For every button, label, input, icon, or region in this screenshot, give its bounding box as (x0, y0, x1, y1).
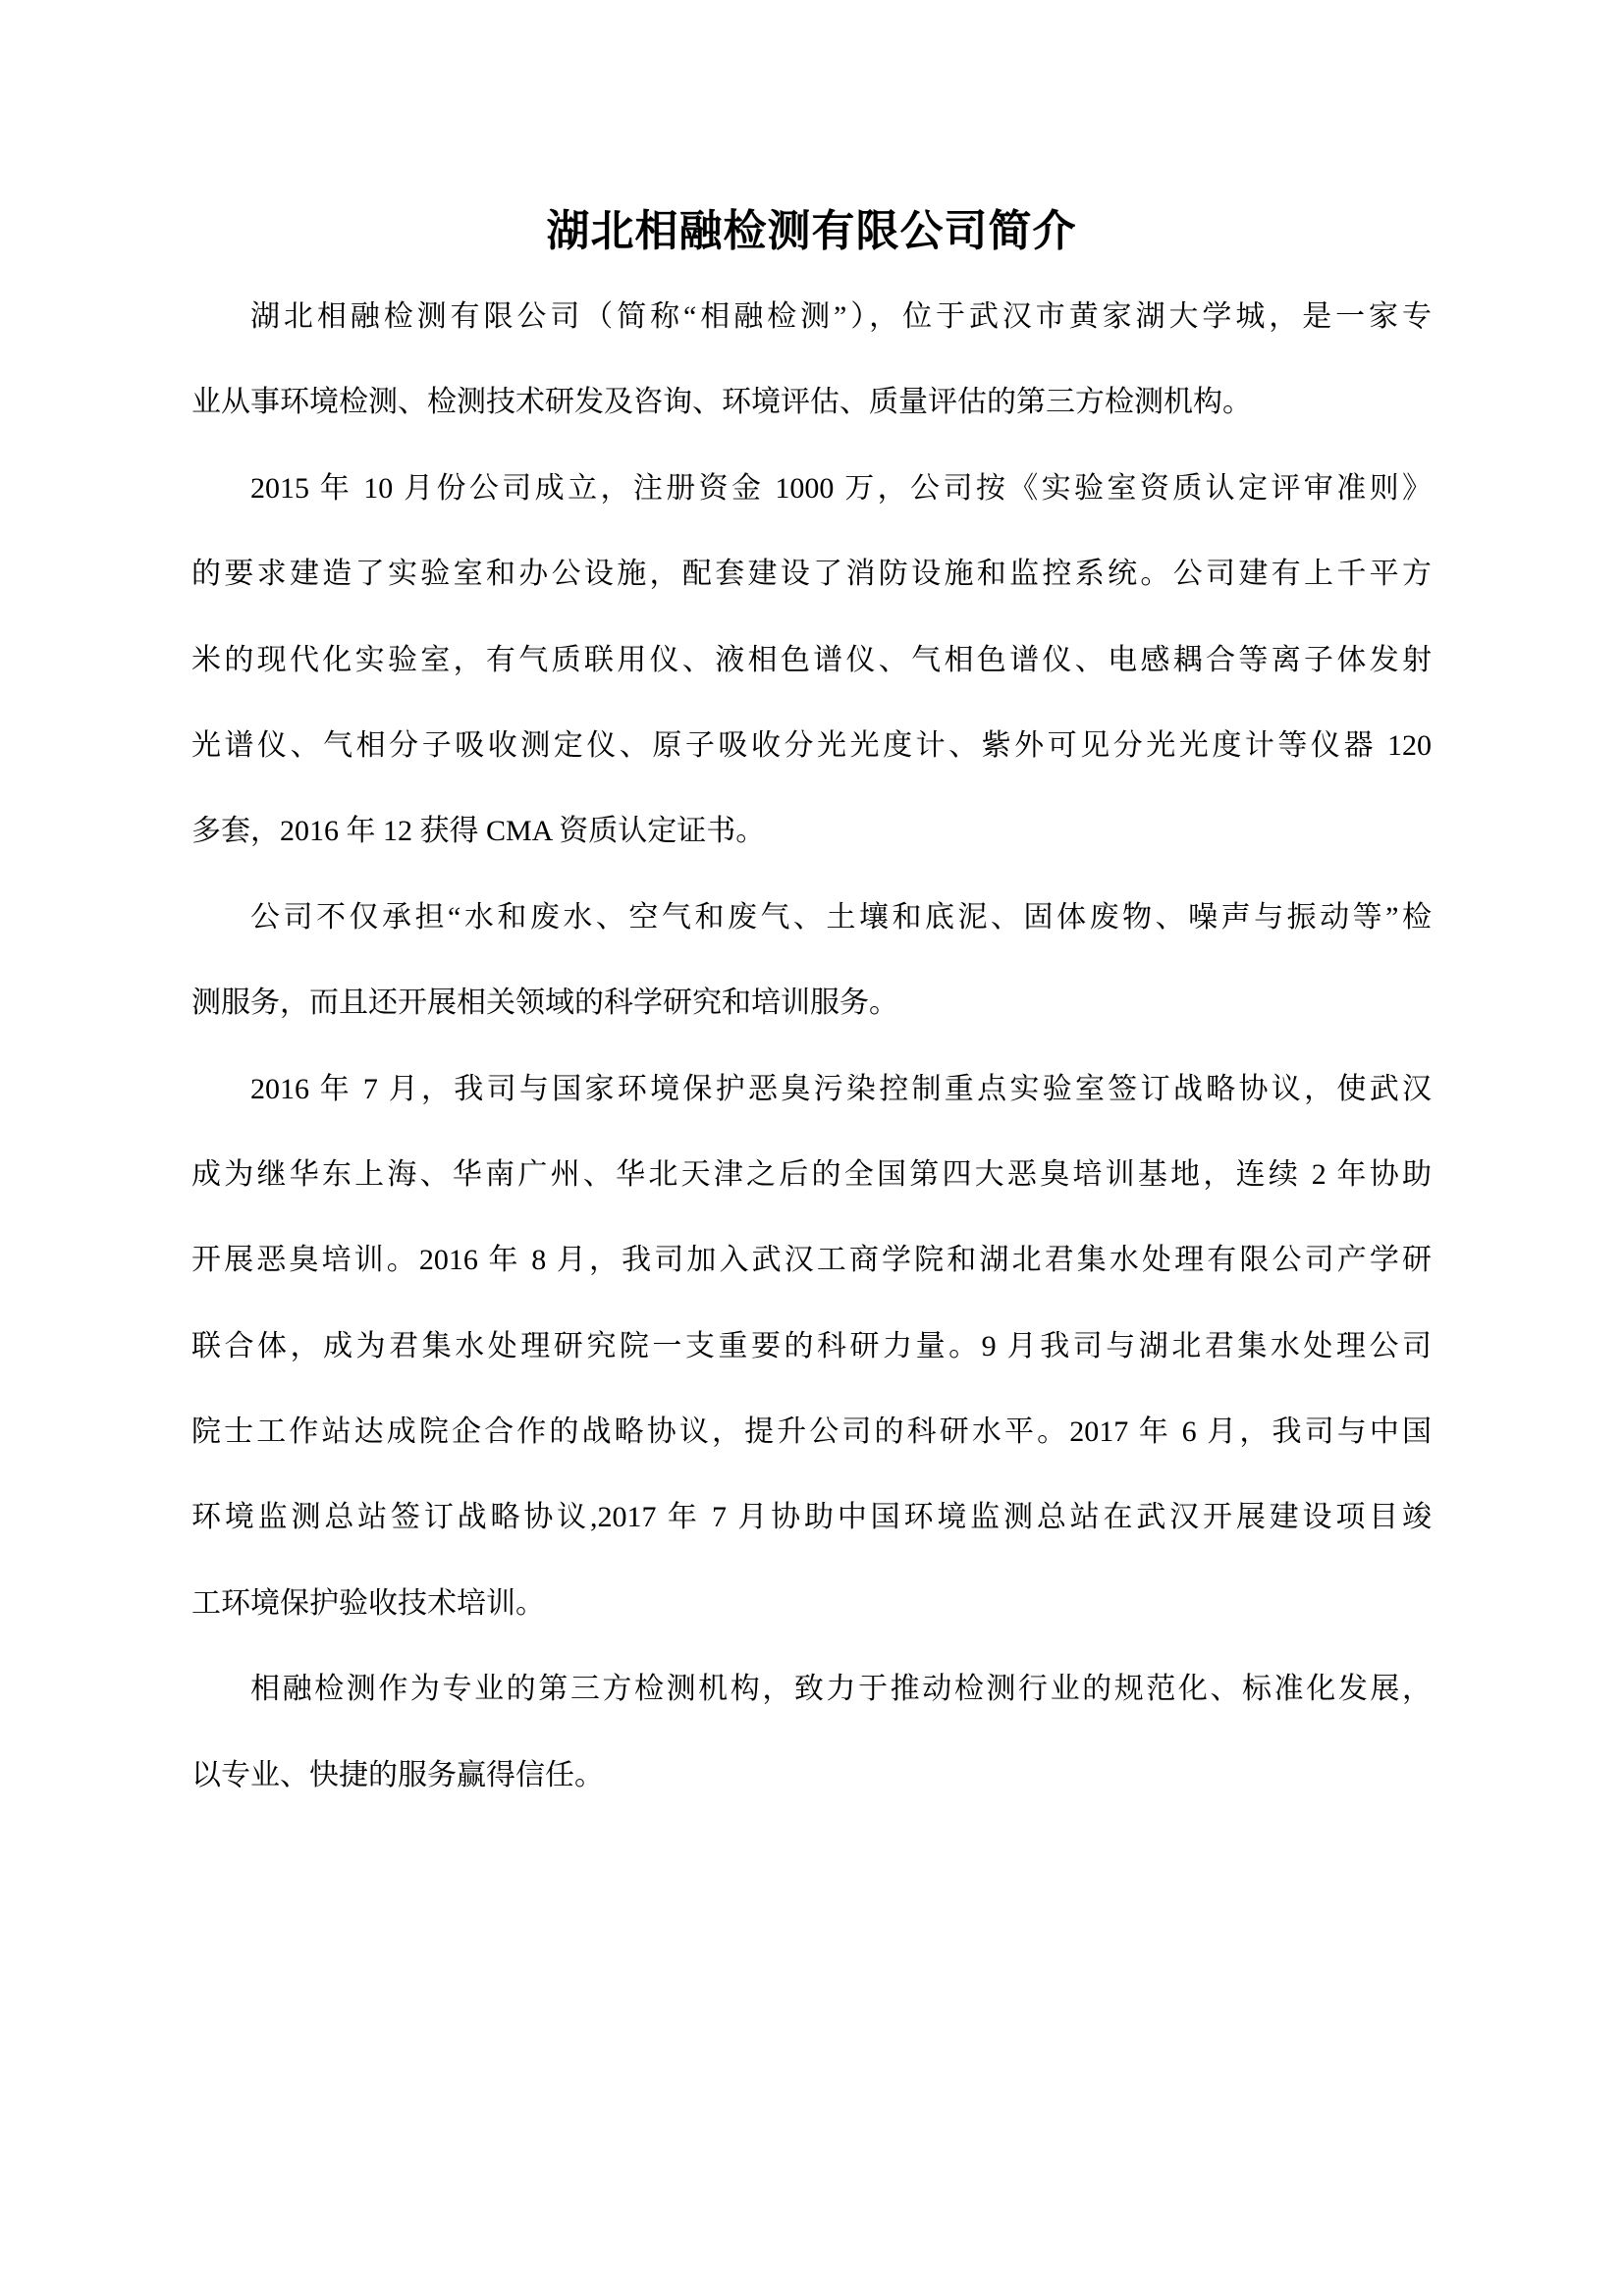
text-line: 以专业、快捷的服务赢得信任。 (191, 1733, 1432, 1818)
document-body: 湖北相融检测有限公司（简称“相融检测”），位于武汉市黄家湖大学城，是一家专 业从… (191, 274, 1432, 1818)
text-line: 业从事环境检测、检测技术研发及咨询、环境评估、质量评估的第三方检测机构。 (191, 359, 1432, 445)
text-line: 测服务，而且还开展相关领域的科学研究和培训服务。 (191, 960, 1432, 1045)
text-line: 公司不仅承担“水和废水、空气和废气、土壤和底泥、固体废物、噪声与振动等”检 (191, 875, 1432, 960)
text-line: 联合体，成为君集水处理研究院一支重要的科研力量。9 月我司与湖北君集水处理公司 (191, 1304, 1432, 1389)
text-line: 工环境保护验收技术培训。 (191, 1561, 1432, 1646)
text-line: 的要求建造了实验室和办公设施，配套建设了消防设施和监控系统。公司建有上千平方 (191, 531, 1432, 616)
page-title: 湖北相融检测有限公司简介 (191, 202, 1432, 261)
text-line: 多套，2016 年 12 获得 CMA 资质认定证书。 (191, 788, 1432, 874)
text-line: 开展恶臭培训。2016 年 8 月，我司加入武汉工商学院和湖北君集水处理有限公司… (191, 1217, 1432, 1303)
text-line: 2016 年 7 月，我司与国家环境保护恶臭污染控制重点实验室签订战略协议，使武… (191, 1046, 1432, 1132)
text-line: 光谱仪、气相分子吸收测定仪、原子吸收分光光度计、紫外可见分光光度计等仪器 120 (191, 703, 1432, 788)
text-line: 米的现代化实验室，有气质联用仪、液相色谱仪、气相色谱仪、电感耦合等离子体发射 (191, 617, 1432, 703)
text-line: 院士工作站达成院企合作的战略协议，提升公司的科研水平。2017 年 6 月，我司… (191, 1389, 1432, 1474)
text-line: 环境监测总站签订战略协议,2017 年 7 月协助中国环境监测总站在武汉开展建设… (191, 1474, 1432, 1560)
text-line: 成为继华东上海、华南广州、华北天津之后的全国第四大恶臭培训基地，连续 2 年协助 (191, 1132, 1432, 1217)
document-page: 湖北相融检测有限公司简介 湖北相融检测有限公司（简称“相融检测”），位于武汉市黄… (0, 0, 1624, 2296)
text-line: 相融检测作为专业的第三方检测机构，致力于推动检测行业的规范化、标准化发展， (191, 1646, 1432, 1732)
text-line: 湖北相融检测有限公司（简称“相融检测”），位于武汉市黄家湖大学城，是一家专 (191, 274, 1432, 359)
text-line: 2015 年 10 月份公司成立，注册资金 1000 万，公司按《实验室资质认定… (191, 446, 1432, 531)
